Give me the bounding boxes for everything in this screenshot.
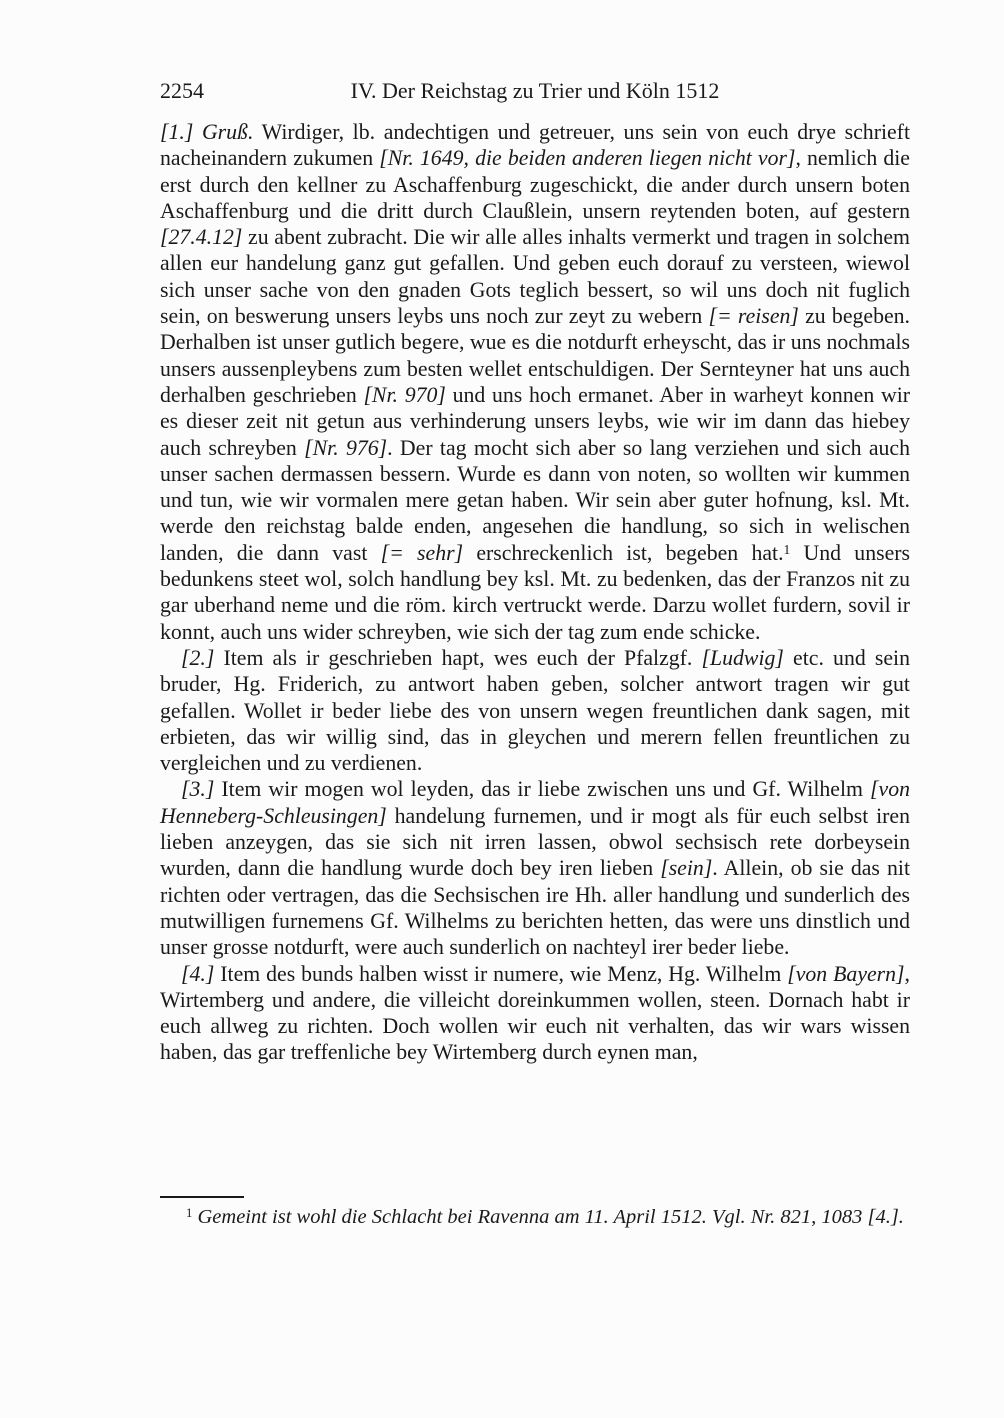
footnote: 1 Gemeint ist wohl die Schlacht bei Rave…: [160, 1204, 910, 1231]
footnote-marker: 1: [186, 1206, 192, 1220]
editorial-insertion: [Ludwig]: [702, 646, 784, 670]
page-header: 2254 IV. Der Reichstag zu Trier und Köln…: [160, 78, 910, 106]
paragraph: [3.] Item wir mogen wol leyden, das ir l…: [160, 776, 910, 960]
text-segment: erschreckenlich ist, begeben hat.: [463, 541, 783, 565]
paragraph: [2.] Item als ir geschrieben hapt, wes e…: [160, 645, 910, 776]
page-number: 2254: [160, 78, 204, 104]
footnote-section: 1 Gemeint ist wohl die Schlacht bei Rave…: [160, 1196, 910, 1231]
editorial-insertion: [1.] Gruß.: [160, 120, 253, 144]
letter-body: [1.] Gruß. Wirdiger, lb. andechtigen und…: [160, 119, 910, 1066]
footnote-marker: 1: [784, 542, 791, 557]
paragraph: [1.] Gruß. Wirdiger, lb. andechtigen und…: [160, 119, 910, 645]
text-segment: Item als ir geschrieben hapt, wes euch d…: [214, 646, 701, 670]
paragraph: [4.] Item des bunds halben wisst ir nume…: [160, 961, 910, 1066]
book-page: 2254 IV. Der Reichstag zu Trier und Köln…: [0, 0, 1004, 1418]
text-segment: Item wir mogen wol leyden, das ir liebe …: [214, 777, 870, 801]
editorial-insertion: [von Bayern]: [787, 962, 904, 986]
editorial-insertion: [4.]: [181, 962, 214, 986]
editorial-insertion: [Nr. 970]: [363, 383, 445, 407]
editorial-insertion: [27.4.12]: [160, 225, 242, 249]
editorial-insertion: [2.]: [181, 646, 214, 670]
footnote-separator-rule: [160, 1196, 244, 1198]
editorial-insertion: Gemeint ist wohl die Schlacht bei Ravenn…: [197, 1206, 903, 1228]
editorial-insertion: [Nr. 1649, die beiden anderen liegen nic…: [379, 146, 795, 170]
editorial-insertion: [sein]: [660, 856, 712, 880]
editorial-insertion: [3.]: [181, 777, 214, 801]
editorial-insertion: [= reisen]: [709, 304, 799, 328]
text-segment: Item des bunds halben wisst ir numere, w…: [214, 962, 787, 986]
editorial-insertion: [Nr. 976]: [304, 436, 387, 460]
editorial-insertion: [= sehr]: [381, 541, 463, 565]
running-title: IV. Der Reichstag zu Trier und Köln 1512: [160, 78, 910, 104]
